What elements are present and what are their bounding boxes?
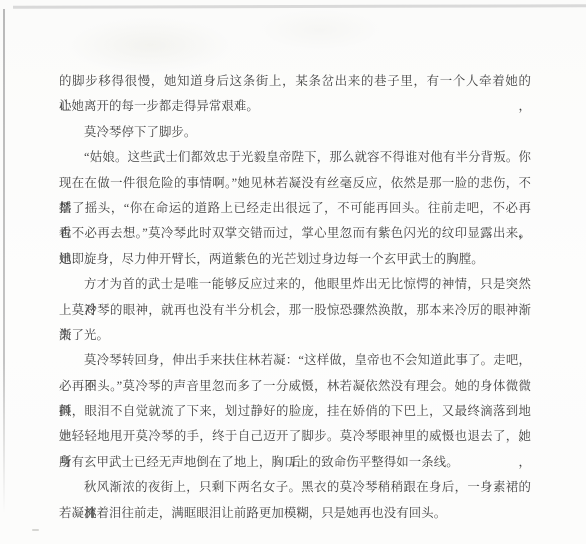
text-line: 抖，眼泪不自觉就流了下来，划过静好的脸庞，挂在娇俏的下巴上，又最终滴落到地上。 — [59, 399, 531, 424]
text-line: “姑娘。这些武士们都效忠于光毅皇帝陛下，那么就容不得谁对他有半分背叛。你 — [59, 145, 531, 170]
text-line: 莫冷琴转回身，伸出手来扶住林若凝：“这样做，皇帝也不会知道此事了。走吧，不 — [59, 348, 531, 373]
text-line: 若凝流着泪往前走，满眶眼泪让前路更加模糊，只是她再也没有回头。 — [59, 501, 531, 526]
text-line: 上莫冷琴的眼神，就再也没有半分机会，那一股惊恐骤然涣散，那本来冷厉的眼神渐渐 — [59, 298, 531, 323]
text-line: 必再回头。”莫冷琴的声音里忽而多了一分威慑，林若凝依然没有理会。她的身体微微颤 — [59, 374, 531, 399]
text-line: 莫冷琴停下了脚步。 — [59, 120, 531, 145]
scanned-page: 的脚步移得很慢，她知道身后这条街上，某条岔出来的巷子里，有一个人牵着她的心， 让… — [0, 0, 586, 544]
text-line: 方才为首的武士是唯一能够反应过来的，他眼里炸出无比惊愕的神情，只是突然对 — [59, 272, 531, 297]
text-line: 摇了摇头，“你在命运的道路上已经走出很远了，不可能再回头。往前走吧，不必再看， — [59, 196, 531, 221]
scan-speck — [32, 529, 39, 531]
text-line: 迅即旋身，尽力伸开臂长，两道紫色的光芒划过身边每一个玄甲武士的胸膛。 — [59, 247, 531, 272]
text-line: 现在在做一件很危险的事情啊。”她见林若凝没有丝毫反应，依然是那一脸的悲伤，不禁 — [59, 171, 531, 196]
text-line: 也不必再去想。”莫冷琴此时双掌交错而过，掌心里忽而有紫色闪光的纹印显露出来。她 — [59, 221, 531, 246]
page-text-block: 的脚步移得很慢，她知道身后这条街上，某条岔出来的巷子里，有一个人牵着她的心， 让… — [59, 69, 531, 526]
text-line: 她轻轻地甩开莫冷琴的手，终于自己迈开了脚步。莫冷琴眼神里的威慑也退去了，她身后， — [59, 424, 531, 449]
scan-edge-left — [3, 9, 5, 514]
text-line: 失了光。 — [59, 323, 531, 348]
text-line: 的脚步移得很慢，她知道身后这条街上，某条岔出来的巷子里，有一个人牵着她的心， — [59, 69, 531, 94]
text-line: 秋风渐浓的夜街上，只剩下两名女子。黑衣的莫冷琴稍稍跟在身后，一身素裙的林 — [59, 475, 531, 500]
scan-edge-top — [13, 4, 586, 9]
